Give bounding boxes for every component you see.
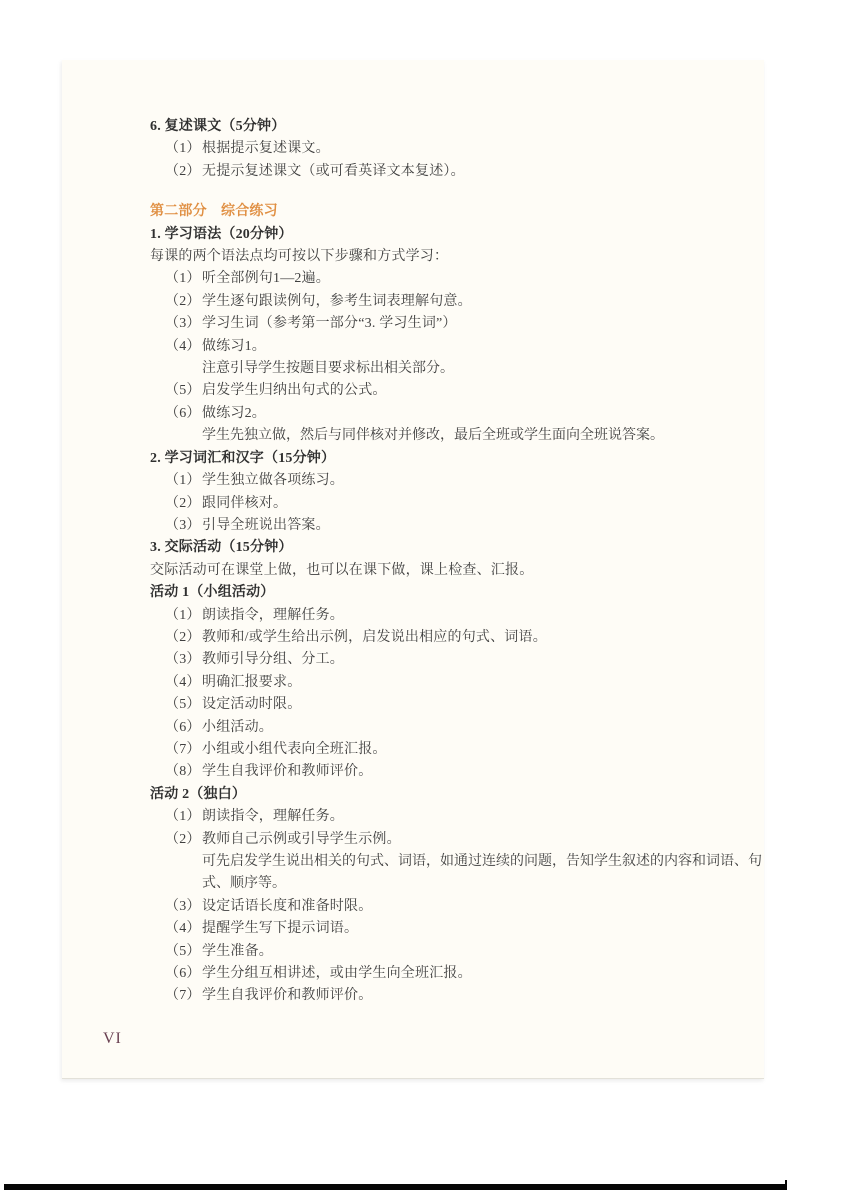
item-number: （6） <box>165 963 202 985</box>
scan-canvas: 6. 复述课文（5分钟）（1）根据提示复述课文。（2）无提示复述课文（或可看英译… <box>0 0 841 1191</box>
list-item: （1）朗读指令，理解任务。 <box>165 806 754 828</box>
section-heading: 2. 学习词汇和汉字（15分钟） <box>150 448 754 470</box>
item-text: 学生准备。 <box>202 944 273 959</box>
item-number: （4） <box>165 918 202 940</box>
section-heading: 6. 复述课文（5分钟） <box>150 116 754 138</box>
item-text: 设定活动时限。 <box>202 697 301 712</box>
item-text: 明确汇报要求。 <box>202 675 301 690</box>
item-text: 小组活动。 <box>202 720 273 735</box>
item-text: 教师和/或学生给出示例，启发说出相应的句式、词语。 <box>202 630 547 645</box>
item-number: （6） <box>165 403 202 425</box>
list-item: （8）学生自我评价和教师评价。 <box>165 761 754 783</box>
list-item: （1）学生独立做各项练习。 <box>165 470 754 492</box>
paragraph-line: 每课的两个语法点均可按以下步骤和方式学习： <box>150 246 754 268</box>
item-text: 提醒学生写下提示词语。 <box>202 921 358 936</box>
list-item: （6）小组活动。 <box>165 717 754 739</box>
item-number: （8） <box>165 761 202 783</box>
item-number: （7） <box>165 739 202 761</box>
content: 6. 复述课文（5分钟）（1）根据提示复述课文。（2）无提示复述课文（或可看英译… <box>62 116 764 1008</box>
list-item: （1）朗读指令，理解任务。 <box>165 605 754 627</box>
item-number: （5） <box>165 694 202 716</box>
list-item: （3）引导全班说出答案。 <box>165 515 754 537</box>
list-item: （3）设定话语长度和准备时限。 <box>165 896 754 918</box>
item-text: 教师引导分组、分工。 <box>202 652 344 667</box>
item-text: 跟同伴核对。 <box>202 496 287 511</box>
item-number: （7） <box>165 985 202 1007</box>
note-line: 学生先独立做，然后与同伴核对并修改，最后全班或学生面向全班说答案。 <box>202 425 764 447</box>
item-text: 教师自己示例或引导学生示例。 <box>202 832 401 847</box>
note-line: 注意引导学生按题目要求标出相关部分。 <box>202 358 764 380</box>
list-item: （2）教师和/或学生给出示例，启发说出相应的句式、词语。 <box>165 627 754 649</box>
item-text: 朗读指令，理解任务。 <box>202 809 344 824</box>
item-number: （2） <box>165 161 202 183</box>
list-item: （5）设定活动时限。 <box>165 694 754 716</box>
list-item: （5）学生准备。 <box>165 941 754 963</box>
list-item: （2）教师自己示例或引导学生示例。 <box>165 829 754 851</box>
item-text: 小组或小组代表向全班汇报。 <box>202 742 387 757</box>
item-text: 做练习1。 <box>202 339 266 354</box>
scan-artifact-tick <box>785 1180 787 1190</box>
list-item: （2）学生逐句跟读例句，参考生词表理解句意。 <box>165 291 754 313</box>
list-item: （7）小组或小组代表向全班汇报。 <box>165 739 754 761</box>
item-number: （1） <box>165 806 202 828</box>
item-text: 学生分组互相讲述，或由学生向全班汇报。 <box>202 966 472 981</box>
note-line: 可先启发学生说出相关的句式、词语，如通过连续的问题，告知学生叙述的内容和词语、句… <box>202 851 764 896</box>
item-number: （3） <box>165 649 202 671</box>
item-number: （2） <box>165 493 202 515</box>
list-item: （6）学生分组互相讲述，或由学生向全班汇报。 <box>165 963 754 985</box>
item-text: 学习生词（参考第一部分“3. 学习生词”） <box>202 316 457 331</box>
item-number: （3） <box>165 896 202 918</box>
item-number: （4） <box>165 672 202 694</box>
item-text: 学生自我评价和教师评价。 <box>202 988 372 1003</box>
list-item: （3）学习生词（参考第一部分“3. 学习生词”） <box>165 313 754 335</box>
section-heading: 1. 学习语法（20分钟） <box>150 224 754 246</box>
item-text: 学生逐句跟读例句，参考生词表理解句意。 <box>202 294 472 309</box>
item-number: （6） <box>165 717 202 739</box>
item-number: （5） <box>165 380 202 402</box>
item-text: 引导全班说出答案。 <box>202 518 330 533</box>
page-number: VI <box>103 1028 122 1050</box>
item-number: （2） <box>165 627 202 649</box>
scanned-page: 6. 复述课文（5分钟）（1）根据提示复述课文。（2）无提示复述课文（或可看英译… <box>62 60 764 1079</box>
item-text: 听全部例句1—2遍。 <box>202 271 330 286</box>
section-heading: 活动 2（独白） <box>150 784 754 806</box>
list-item: （4）做练习1。 <box>165 336 754 358</box>
item-text: 无提示复述课文（或可看英译文本复述）。 <box>202 164 465 179</box>
paragraph-line: 交际活动可在课堂上做，也可以在课下做，课上检查、汇报。 <box>150 560 754 582</box>
item-text: 学生自我评价和教师评价。 <box>202 764 372 779</box>
scan-artifact-bar <box>4 1184 787 1190</box>
list-item: （3）教师引导分组、分工。 <box>165 649 754 671</box>
list-item: （2）跟同伴核对。 <box>165 493 754 515</box>
item-number: （2） <box>165 829 202 851</box>
list-item: （5）启发学生归纳出句式的公式。 <box>165 380 754 402</box>
item-text: 启发学生归纳出句式的公式。 <box>202 383 387 398</box>
list-item: （7）学生自我评价和教师评价。 <box>165 985 754 1007</box>
list-item: （4）提醒学生写下提示词语。 <box>165 918 754 940</box>
section-heading: 活动 1（小组活动） <box>150 582 754 604</box>
item-text: 做练习2。 <box>202 406 266 421</box>
list-item: （6）做练习2。 <box>165 403 754 425</box>
item-text: 朗读指令，理解任务。 <box>202 608 344 623</box>
item-text: 根据提示复述课文。 <box>202 141 330 156</box>
item-number: （3） <box>165 313 202 335</box>
item-number: （1） <box>165 138 202 160</box>
item-text: 设定话语长度和准备时限。 <box>202 899 372 914</box>
section-heading: 3. 交际活动（15分钟） <box>150 537 754 559</box>
item-number: （5） <box>165 941 202 963</box>
item-number: （4） <box>165 336 202 358</box>
item-number: （1） <box>165 605 202 627</box>
list-item: （4）明确汇报要求。 <box>165 672 754 694</box>
list-item: （1）根据提示复述课文。 <box>165 138 754 160</box>
item-number: （1） <box>165 268 202 290</box>
item-text: 学生独立做各项练习。 <box>202 473 344 488</box>
part-heading: 第二部分 综合练习 <box>150 201 754 223</box>
item-number: （2） <box>165 291 202 313</box>
list-item: （1）听全部例句1—2遍。 <box>165 268 754 290</box>
list-item: （2）无提示复述课文（或可看英译文本复述）。 <box>165 161 754 183</box>
item-number: （3） <box>165 515 202 537</box>
item-number: （1） <box>165 470 202 492</box>
